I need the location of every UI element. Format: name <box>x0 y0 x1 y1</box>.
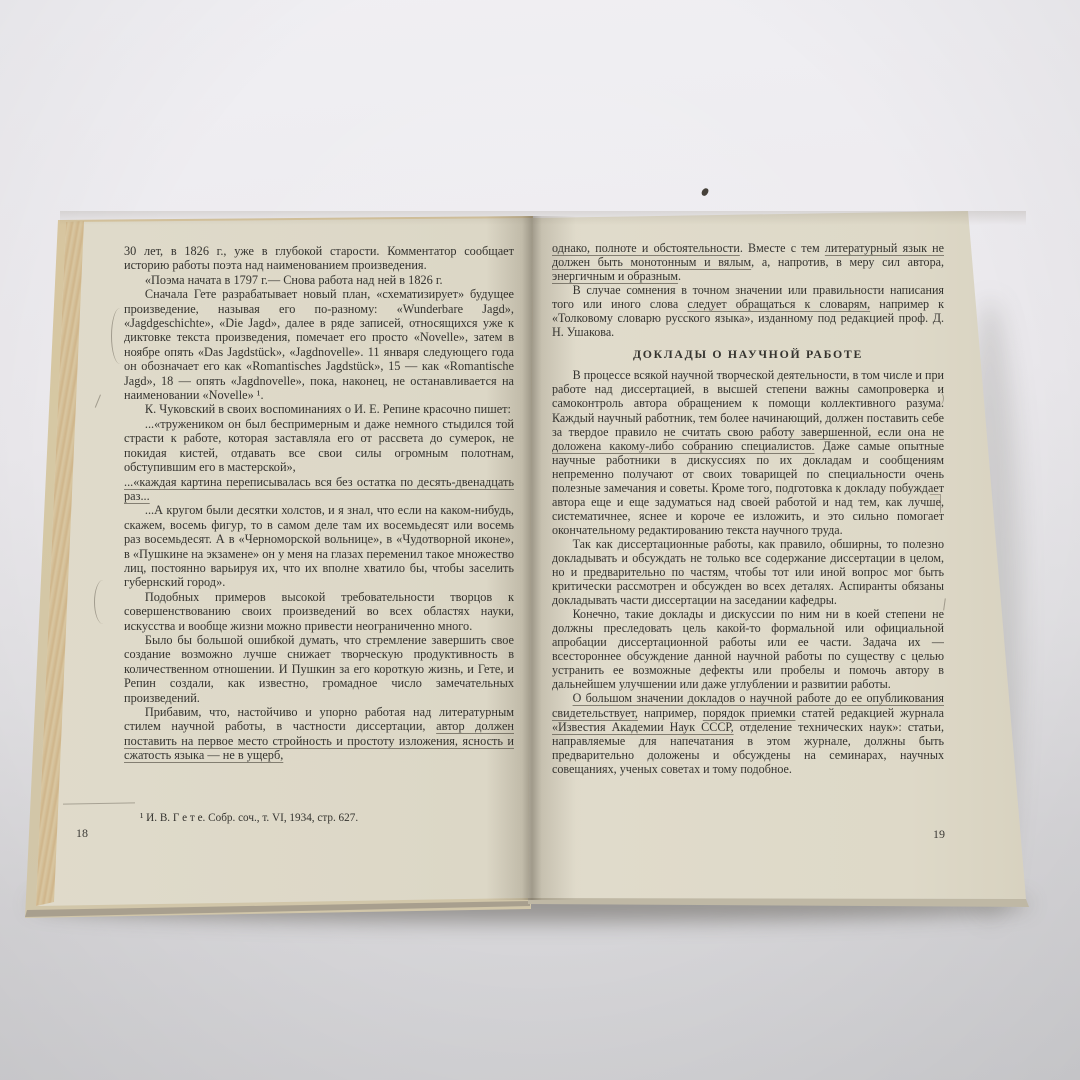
text-segment: например, <box>638 706 703 720</box>
text-segment: Даже самые опытные научные работники в д… <box>552 439 944 537</box>
paragraph: Так как диссертационные работы, как прав… <box>552 537 944 607</box>
pencil-underlined-text: порядок приемки <box>703 706 796 720</box>
page-top-shade <box>60 211 1026 225</box>
paragraph: Конечно, такие доклады и дискуссии по ни… <box>552 607 944 691</box>
pencil-underlined-text: следует обращаться к словарям, <box>687 297 870 311</box>
paragraph: О большом значении докладов о научной ра… <box>552 691 944 775</box>
left-page-text: 30 лет, в 1826 г., уже в глубокой старос… <box>124 244 514 810</box>
page-number-19: 19 <box>933 827 945 842</box>
text-segment: Конечно, такие доклады и дискуссии по ни… <box>552 607 944 691</box>
pencil-underlined-text: энергичным и образным <box>552 269 678 283</box>
right-page-text-before-heading: однако, полноте и обстоятельности. Вмест… <box>552 241 944 339</box>
text-segment: . <box>678 269 681 283</box>
pencil-underlined-text: ...«каждая картина переписывалась вся бе… <box>124 475 514 503</box>
text-segment: Сначала Гете разрабатывает новый план, «… <box>124 287 514 402</box>
section-heading: ДОКЛАДЫ О НАУЧНОЙ РАБОТЕ <box>552 347 944 361</box>
paragraph: Прибавим, что, настойчиво и упорно работ… <box>124 705 514 763</box>
paragraph: однако, полноте и обстоятельности. Вмест… <box>552 241 944 283</box>
right-page-text: однако, полноте и обстоятельности. Вмест… <box>552 241 944 811</box>
page-number-18: 18 <box>76 826 88 841</box>
pencil-bracket-mark <box>94 580 109 624</box>
photo-of-open-book: 30 лет, в 1826 г., уже в глубокой старос… <box>0 0 1080 1080</box>
paragraph: ...А кругом были десятки холстов, и я зн… <box>124 503 514 589</box>
pencil-bracket-mark <box>111 308 126 364</box>
text-segment: «Поэма начата в 1797 г.— Снова работа на… <box>145 273 443 287</box>
paragraph: В случае сомнения в точном значении или … <box>552 283 944 339</box>
paragraph: К. Чуковский в своих воспоминаниях о И. … <box>124 402 514 416</box>
pencil-underlined-text: предварительно по частям, <box>583 565 728 579</box>
paragraph: ...«тружеником он был беспримерным и даж… <box>124 417 514 475</box>
pencil-underlined-text: «Известия Академии Наук СССР, <box>552 720 734 734</box>
paragraph: ...«каждая картина переписывалась вся бе… <box>124 475 514 504</box>
paragraph: Было бы большой ошибкой думать, что стре… <box>124 633 514 705</box>
text-segment: Подобных примеров высокой требовательнос… <box>124 590 514 633</box>
paragraph: «Поэма начата в 1797 г.— Снова работа на… <box>124 273 514 287</box>
paragraph: В процессе всякой научной творческой дея… <box>552 368 944 537</box>
text-segment: статей редакцией журнала <box>796 706 945 720</box>
paragraph: Подобных примеров высокой требовательнос… <box>124 590 514 633</box>
right-page-text-after-heading: В процессе всякой научной творческой дея… <box>552 368 944 775</box>
paragraph: Сначала Гете разрабатывает новый план, «… <box>124 287 514 402</box>
text-segment: , а, напротив, в меру сил автора, <box>751 255 944 269</box>
pencil-underlined-text: однако, полноте и обстоятельности <box>552 241 740 255</box>
text-segment: . Вместе с тем <box>740 241 825 255</box>
text-segment: 30 лет, в 1826 г., уже в глубокой старос… <box>124 244 514 272</box>
pencil-corner-mark <box>930 494 941 513</box>
text-segment: ...А кругом были десятки холстов, и я зн… <box>124 503 514 589</box>
text-segment: Было бы большой ошибкой думать, что стре… <box>124 633 514 705</box>
footnote: ¹ И. В. Г е т е. Собр. соч., т. VI, 1934… <box>140 812 470 824</box>
text-segment: ...«тружеником он был беспримерным и даж… <box>124 417 514 474</box>
text-segment: К. Чуковский в своих воспоминаниях о И. … <box>145 402 511 416</box>
paragraph: 30 лет, в 1826 г., уже в глубокой старос… <box>124 244 514 273</box>
